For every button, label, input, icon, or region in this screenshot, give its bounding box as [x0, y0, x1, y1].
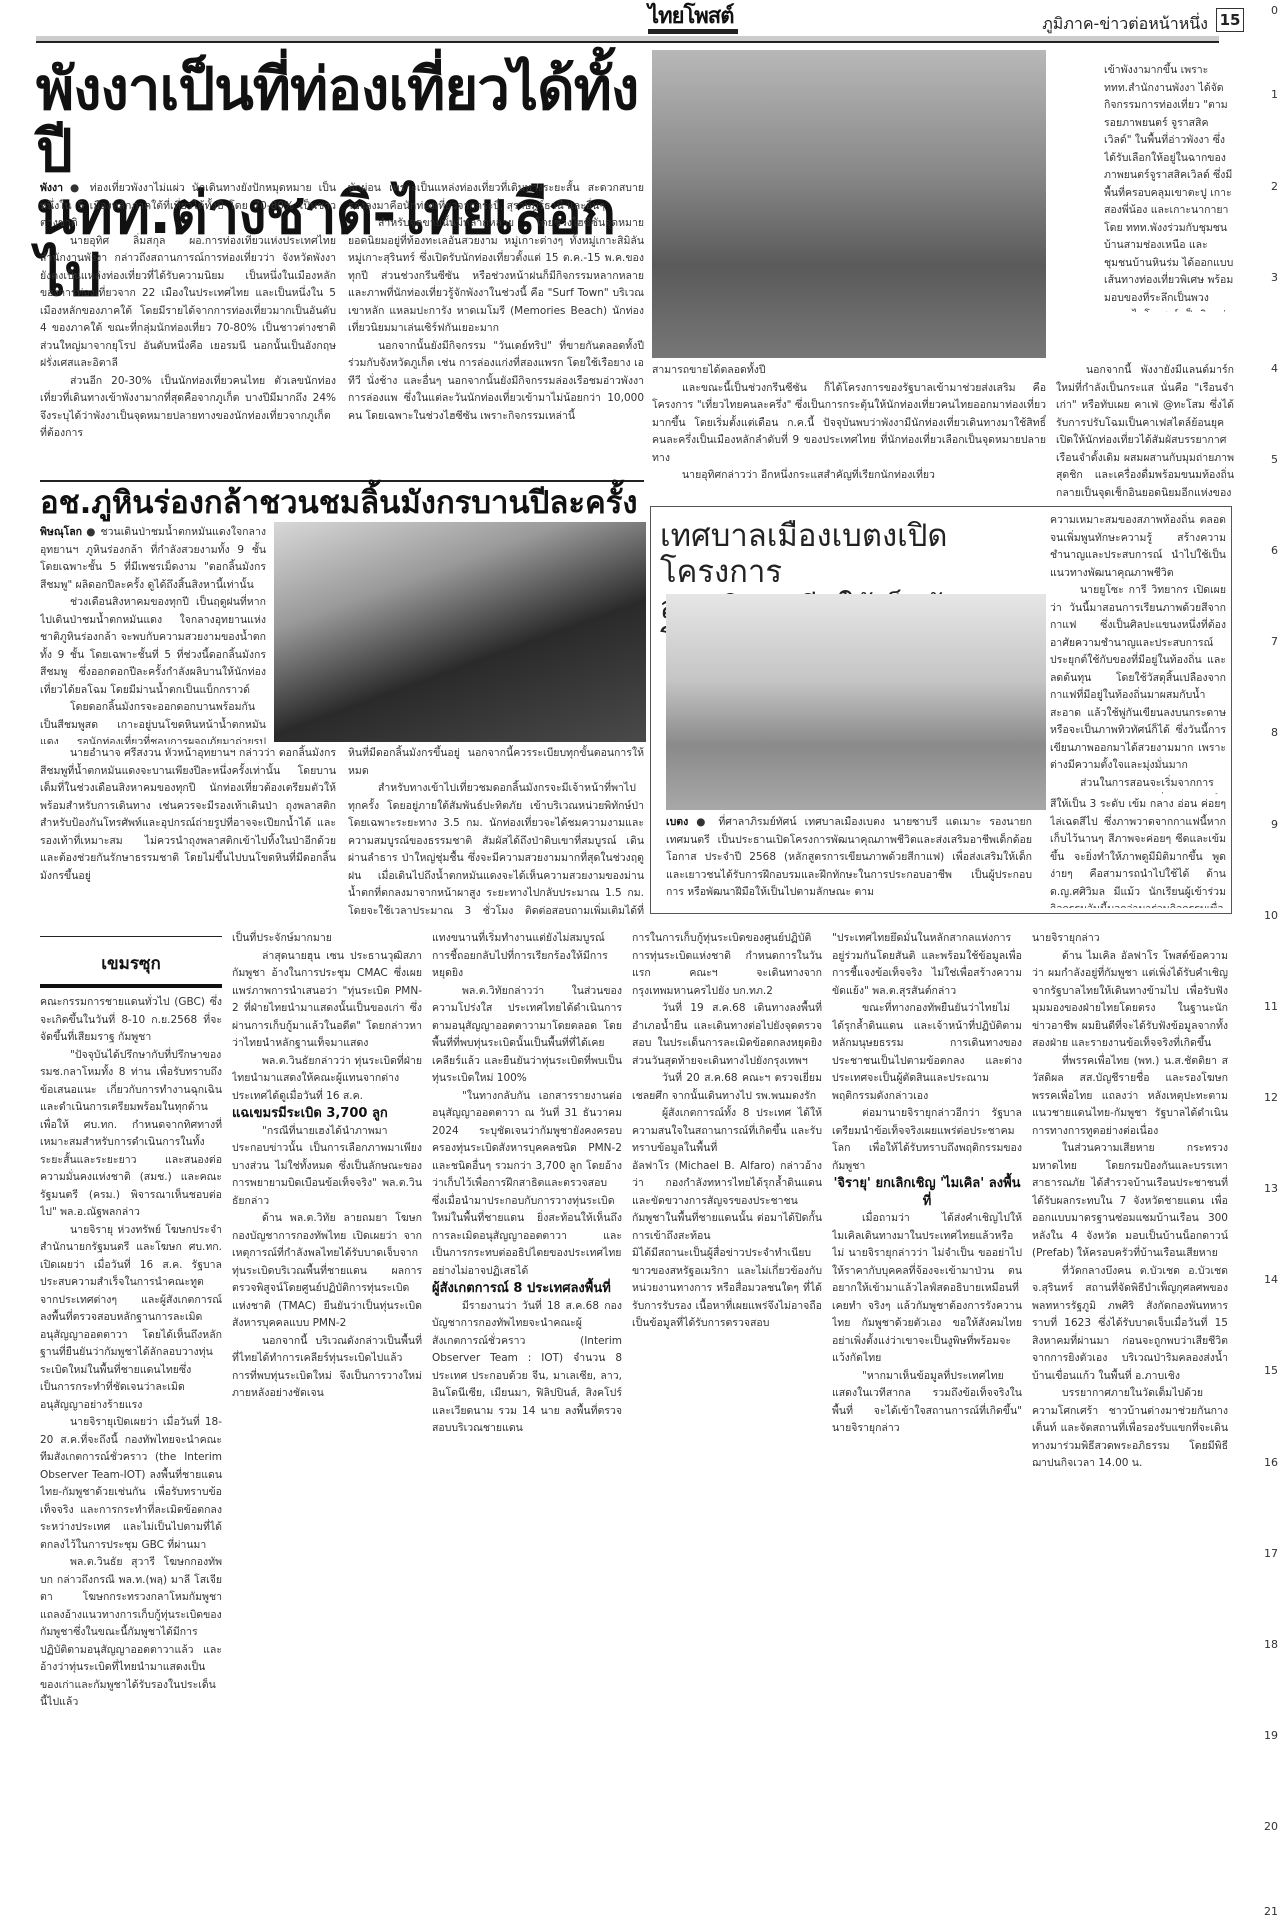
page-ruler: 0 1 2 3 4 5 6 7 8 9 10 11 12 13 14 15 16…: [1258, 0, 1278, 1920]
ruler-mark: 19: [1264, 1729, 1278, 1742]
phangnga-column-2: พักผ่อน เพราะเป็นแหล่งท่องเที่ยวที่เดินท…: [348, 180, 644, 480]
newspaper-logo: ไทยโพสต์: [648, 6, 738, 36]
ruler-mark: 13: [1264, 1182, 1278, 1195]
section-label: ภูมิภาค-ข่าวต่อหน้าหนึ่ง: [1042, 12, 1208, 37]
bullet-icon: ●: [86, 526, 96, 538]
khmer-column-2: เป็นที่ประจักษ์มากมาย ล่าสุดนายฮุน เซน ป…: [232, 930, 422, 1914]
paragraph: หินที่มีดอกลิ้นมังกรขึ้นอยู่ นอกจากนี้คว…: [348, 745, 644, 780]
ruler-mark: 1: [1271, 88, 1278, 101]
dateline: เบตง: [666, 816, 688, 828]
column-header-bottom-rule: [40, 984, 222, 988]
logo-text: ไทยโพสต์: [648, 6, 738, 28]
ruler-mark: 18: [1264, 1638, 1278, 1651]
ruler-mark: 17: [1264, 1547, 1278, 1560]
ruler-mark: 21: [1264, 1905, 1278, 1918]
khmer-column-title: เขมรซุก: [40, 950, 222, 977]
phangnga-column-3: สามารถขายได้ตลอดทั้งปี และขณะนี้เป็นช่วง…: [652, 362, 1046, 502]
paragraph: และขณะนี้เป็นช่วงกรีนซีซัน ก็ได้โครงการข…: [652, 380, 1046, 468]
betong-column-1: เบตง ● ที่ศาลาภิรมย์ทัศน์ เทศบาลเมืองเบต…: [666, 814, 1032, 910]
ruler-mark: 16: [1264, 1456, 1278, 1469]
phuhin-column-1-upper: พิษณุโลก ● ชวนเดินป่าชมน้ำตกหมันแดงใจกลา…: [40, 524, 266, 744]
paragraph: ความเหมาะสมของสภาพท้องถิ่น ตลอดจนเพิ่มพู…: [1050, 512, 1226, 582]
paragraph: นายอุทิศ ลิ่มสกุล ผอ.การท่องเที่ยวแห่งปร…: [40, 233, 336, 373]
khmer-column-4: การในการเก็บกู้ทุ่นระเบิดของศูนย์ปฏิบัติ…: [632, 930, 822, 1914]
logo-tagline-bar: [648, 29, 738, 34]
ruler-mark: 15: [1264, 1364, 1278, 1377]
paragraph: สามารถขายได้ตลอดทั้งปี: [652, 362, 1046, 380]
column-header-top-rule: [40, 936, 222, 937]
phangnga-column-1: พังงา ● ท่องเที่ยวพังงาไม่แผ่ว นักเดินทา…: [40, 180, 336, 480]
paragraph: นายอุทิศกล่าวว่า อีกหนึ่งกระแสสำคัญที่เร…: [652, 467, 1046, 485]
paragraph: ส่วนอีก 20-30% เป็นนักท่องเที่ยวคนไทย ตั…: [40, 373, 336, 443]
paragraph: นอกจากนั้นยังมีกิจกรรม "วันเดย์ทริป" ที่…: [348, 338, 644, 426]
betong-photo-coffee-painting: [666, 594, 1046, 810]
phangnga-column-4-narrow: เข้าพังงามากขึ้น เพราะ ททท.สำนักงานพังงา…: [1104, 62, 1234, 312]
page-number: 15: [1216, 8, 1244, 32]
phuhin-photo-waterfall: [274, 522, 646, 742]
khmer-column-6: นายจิรายุกล่าว ด้าน ไมเคิล อัลฟาโร โพสต์…: [1032, 930, 1228, 1914]
paragraph: สำหรับจุดขายนั้นมีหลากหลาย โดยช่วงไฮซีซั…: [348, 215, 644, 338]
ruler-mark: 9: [1271, 818, 1278, 831]
ruler-mark: 20: [1264, 1820, 1278, 1833]
phuhin-column-1-lower: นายอำนาจ ศรีสงวน หัวหน้าอุทยานฯ กล่าวว่า…: [40, 745, 336, 915]
betong-column-2: สีให้เป็น 3 ระดับ เข้ม กลาง อ่อน ค่อยๆ ไ…: [1050, 796, 1226, 908]
header-rule: [36, 36, 1219, 43]
subhead-3700-mines: แฉเขมรมีระเบิด 3,700 ลูก: [232, 1105, 422, 1123]
ruler-mark: 11: [1264, 1000, 1278, 1013]
headline-line-1: พังงาเป็นที่ท่องเที่ยวได้ทั้งปี: [36, 58, 646, 182]
ruler-mark: 4: [1271, 362, 1278, 375]
ruler-mark: 10: [1264, 909, 1278, 922]
subhead-jirayu-michael: 'จิรายุ' ยกเลิกเชิญ 'ไมเคิล' ลงพื้นที่: [832, 1175, 1022, 1210]
ruler-mark: 7: [1271, 635, 1278, 648]
ruler-mark: 6: [1271, 544, 1278, 557]
divider: [40, 480, 644, 482]
ruler-mark: 14: [1264, 1273, 1278, 1286]
phangnga-photo-skywalk: [652, 50, 1046, 358]
paragraph: ช่วงเดือนสิงหาคมของทุกปี เป็นฤดูฝนที่หาก…: [40, 594, 266, 699]
betong-column-right: ความเหมาะสมของสภาพท้องถิ่น ตลอดจนเพิ่มพู…: [1050, 512, 1226, 794]
ruler-mark: 0: [1271, 4, 1278, 17]
khmer-column-3: แทงขนานที่เริ่มทำงานแต่ยังไม่สมบูรณ์ การ…: [432, 930, 622, 1914]
paragraph: พักผ่อน เพราะเป็นแหล่งท่องเที่ยวที่เดินท…: [348, 180, 644, 215]
paragraph: นายอำนาจ ศรีสงวน หัวหน้าอุทยานฯ กล่าวว่า…: [40, 745, 336, 885]
dateline: พังงา: [40, 182, 63, 194]
dateline: พิษณุโลก: [40, 526, 82, 538]
paragraph: โดยดอกลิ้นมังกรจะออกดอกบานพร้อมกันเป็นสี…: [40, 699, 266, 744]
ruler-mark: 3: [1271, 271, 1278, 284]
paragraph: นายยูโซะ การี วิทยากร เปิดเผยว่า วันนี้ม…: [1050, 582, 1226, 775]
ruler-mark: 2: [1271, 180, 1278, 193]
lead-paragraph: พังงา ● ท่องเที่ยวพังงาไม่แผ่ว นักเดินทา…: [40, 180, 336, 233]
paragraph: สำหรับทางเข้าไปเที่ยวชมดอกลิ้นมังกรจะมีเ…: [348, 780, 644, 915]
ruler-mark: 5: [1271, 453, 1278, 466]
phangnga-column-4-wide: นอกจากนี้ พังงายังมีแลนด์มาร์กใหม่ที่กำล…: [1056, 362, 1234, 502]
ruler-mark: 12: [1264, 1091, 1278, 1104]
bullet-icon: ●: [70, 182, 83, 194]
subhead-observers: ผู้สังเกตการณ์ 8 ประเทศลงพื้นที่: [432, 1280, 622, 1298]
bullet-icon: ●: [696, 816, 710, 828]
khmer-column-1: คณะกรรมการชายแดนทั่วไป (GBC) ซึ่งจะเกิดข…: [40, 994, 222, 1914]
paragraph: ส่วนในการสอนจะเริ่มจากการเรียนวาดลงบนกระ…: [1050, 775, 1226, 795]
paragraph: นอกจากนี้ พังงายังมีแลนด์มาร์กใหม่ที่กำล…: [1056, 362, 1234, 502]
khmer-column-5: "ประเทศไทยยึดมั่นในหลักสากลแห่งการอยู่ร่…: [832, 930, 1022, 1914]
phuhin-column-2: หินที่มีดอกลิ้นมังกรขึ้นอยู่ นอกจากนี้คว…: [348, 745, 644, 915]
ruler-mark: 8: [1271, 726, 1278, 739]
headline-phuhin: อช.ภูหินร่องกล้าชวนชมลิ้นมังกรบานปีละครั…: [40, 484, 644, 522]
